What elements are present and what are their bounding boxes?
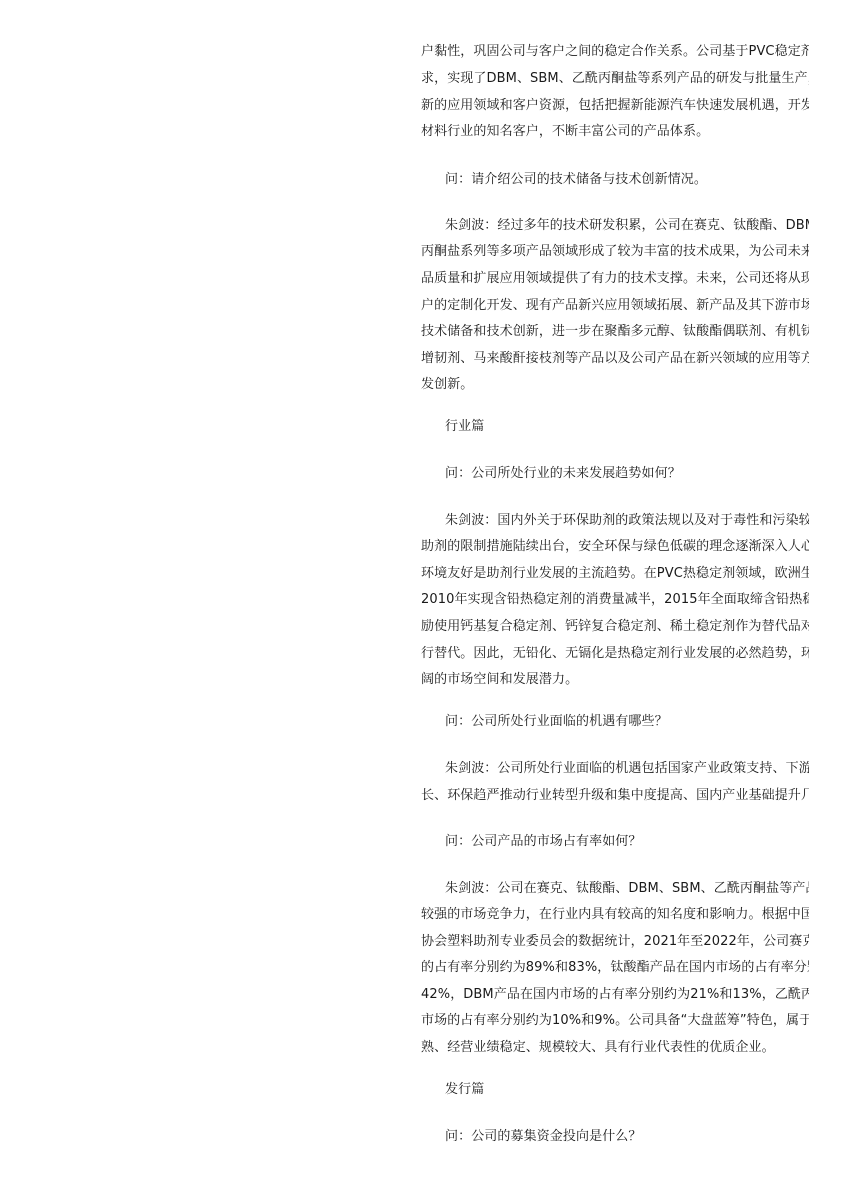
answer-line: 发创新。 bbox=[421, 377, 473, 393]
answer-line: 增韧剂、马来酸酐接枝剂等产品以及公司产品在新兴领域的应用等方面不断进行研 bbox=[421, 351, 809, 367]
question-text: 问：公司所处行业面临的机遇有哪些？ bbox=[445, 714, 668, 730]
document-page: 户黏性，巩固公司与客户之间的稳定合作关系。公司基于PVC稳定剂行业客户 求，实现… bbox=[421, 0, 809, 1200]
answer-line: 协会塑料助剂专业委员会的数据统计，2021年至2022年，公司赛克产品在国内市场 bbox=[421, 934, 809, 950]
answer-line: 环境友好是助剂行业发展的主流趋势。在PVC热稳定剂领域，欧洲生产商已声明 bbox=[421, 566, 809, 582]
answer-line: 长、环保趋严推动行业转型升级和集中度提高、国内产业基础提升几个方面。 bbox=[421, 788, 809, 804]
answer-line: 阔的市场空间和发展潜力。 bbox=[421, 672, 578, 688]
question-text: 问：公司的募集资金投向是什么？ bbox=[445, 1129, 642, 1145]
paragraph-line: 户黏性，巩固公司与客户之间的稳定合作关系。公司基于PVC稳定剂行业客户 bbox=[421, 44, 809, 60]
answer-line: 朱剑波：经过多年的技术研发积累，公司在赛克、钛酸酯、DBM、SBM、乙酰 bbox=[445, 218, 809, 234]
question-text: 问：请介绍公司的技术储备与技术创新情况。 bbox=[445, 172, 707, 188]
section-heading: 行业篇 bbox=[445, 419, 484, 435]
section-heading: 发行篇 bbox=[445, 1082, 484, 1098]
answer-line: 朱剑波：国内外关于环保助剂的政策法规以及对于毒性和污染较为严重的传统 bbox=[445, 513, 809, 529]
answer-line: 朱剑波：公司所处行业面临的机遇包括国家产业政策支持、下游行业需求增 bbox=[445, 761, 809, 777]
answer-line: 市场的占有率分别约为10%和9%。公司具备“大盘蓝筹”特色，属于业务模式成 bbox=[421, 1013, 809, 1029]
paragraph-line: 材料行业的知名客户，不断丰富公司的产品体系。 bbox=[421, 124, 709, 140]
answer-line: 的占有率分别约为89%和83%，钛酸酯产品在国内市场的占有率分别约为41%和 bbox=[421, 960, 809, 976]
paragraph-line: 求，实现了DBM、SBM、乙酰丙酮盐等系列产品的研发与批量生产，并不断开 bbox=[421, 71, 809, 87]
answer-line: 丙酮盐系列等多项产品领域形成了较为丰富的技术成果，为公司未来进一步提升 bbox=[421, 244, 809, 260]
answer-line: 品质量和扩展应用领域提供了有力的技术支撑。未来，公司还将从现有产品下游客 bbox=[421, 271, 809, 287]
answer-line: 熟、经营业绩稳定、规模较大、具有行业代表性的优质企业。 bbox=[421, 1040, 775, 1056]
answer-line: 2010年实现含铅热稳定剂的消费量减半，2015年全面取缔含铅热稳定剂；我国鼓 bbox=[421, 592, 809, 608]
paragraph-line: 新的应用领域和客户资源，包括把握新能源汽车快速发展机遇，开发了锂电池 bbox=[421, 98, 809, 114]
answer-line: 行替代。因此，无铅化、无镉化是热稳定剂行业发展的必然趋势，环保助剂具有广 bbox=[421, 646, 809, 662]
answer-line: 42%，DBM产品在国内市场的占有率分别约为21%和13%，乙酰丙酮钙产品在国内 bbox=[421, 987, 809, 1003]
answer-line: 较强的市场竞争力，在行业内具有较高的知名度和影响力。根据中国塑料加工工业 bbox=[421, 907, 809, 923]
question-text: 问：公司所处行业的未来发展趋势如何？ bbox=[445, 466, 681, 482]
answer-line: 励使用钙基复合稳定剂、钙锌复合稳定剂、稀土稳定剂作为替代品对铅盐稳定剂进 bbox=[421, 619, 809, 635]
question-text: 问：公司产品的市场占有率如何？ bbox=[445, 834, 642, 850]
answer-line: 户的定制化开发、现有产品新兴应用领域拓展、新产品及其下游市场等多层次进行 bbox=[421, 298, 809, 314]
answer-line: 助剂的限制措施陆续出台，安全环保与绿色低碳的理念逐渐深入人心，无毒无害、 bbox=[421, 539, 809, 555]
answer-line: 朱剑波：公司在赛克、钛酸酯、DBM、SBM、乙酰丙酮盐等产品领域，已具备 bbox=[445, 881, 809, 897]
answer-line: 技术储备和技术创新，进一步在聚酯多元醇、钛酸酯偶联剂、有机钛特用化学品、 bbox=[421, 324, 809, 340]
